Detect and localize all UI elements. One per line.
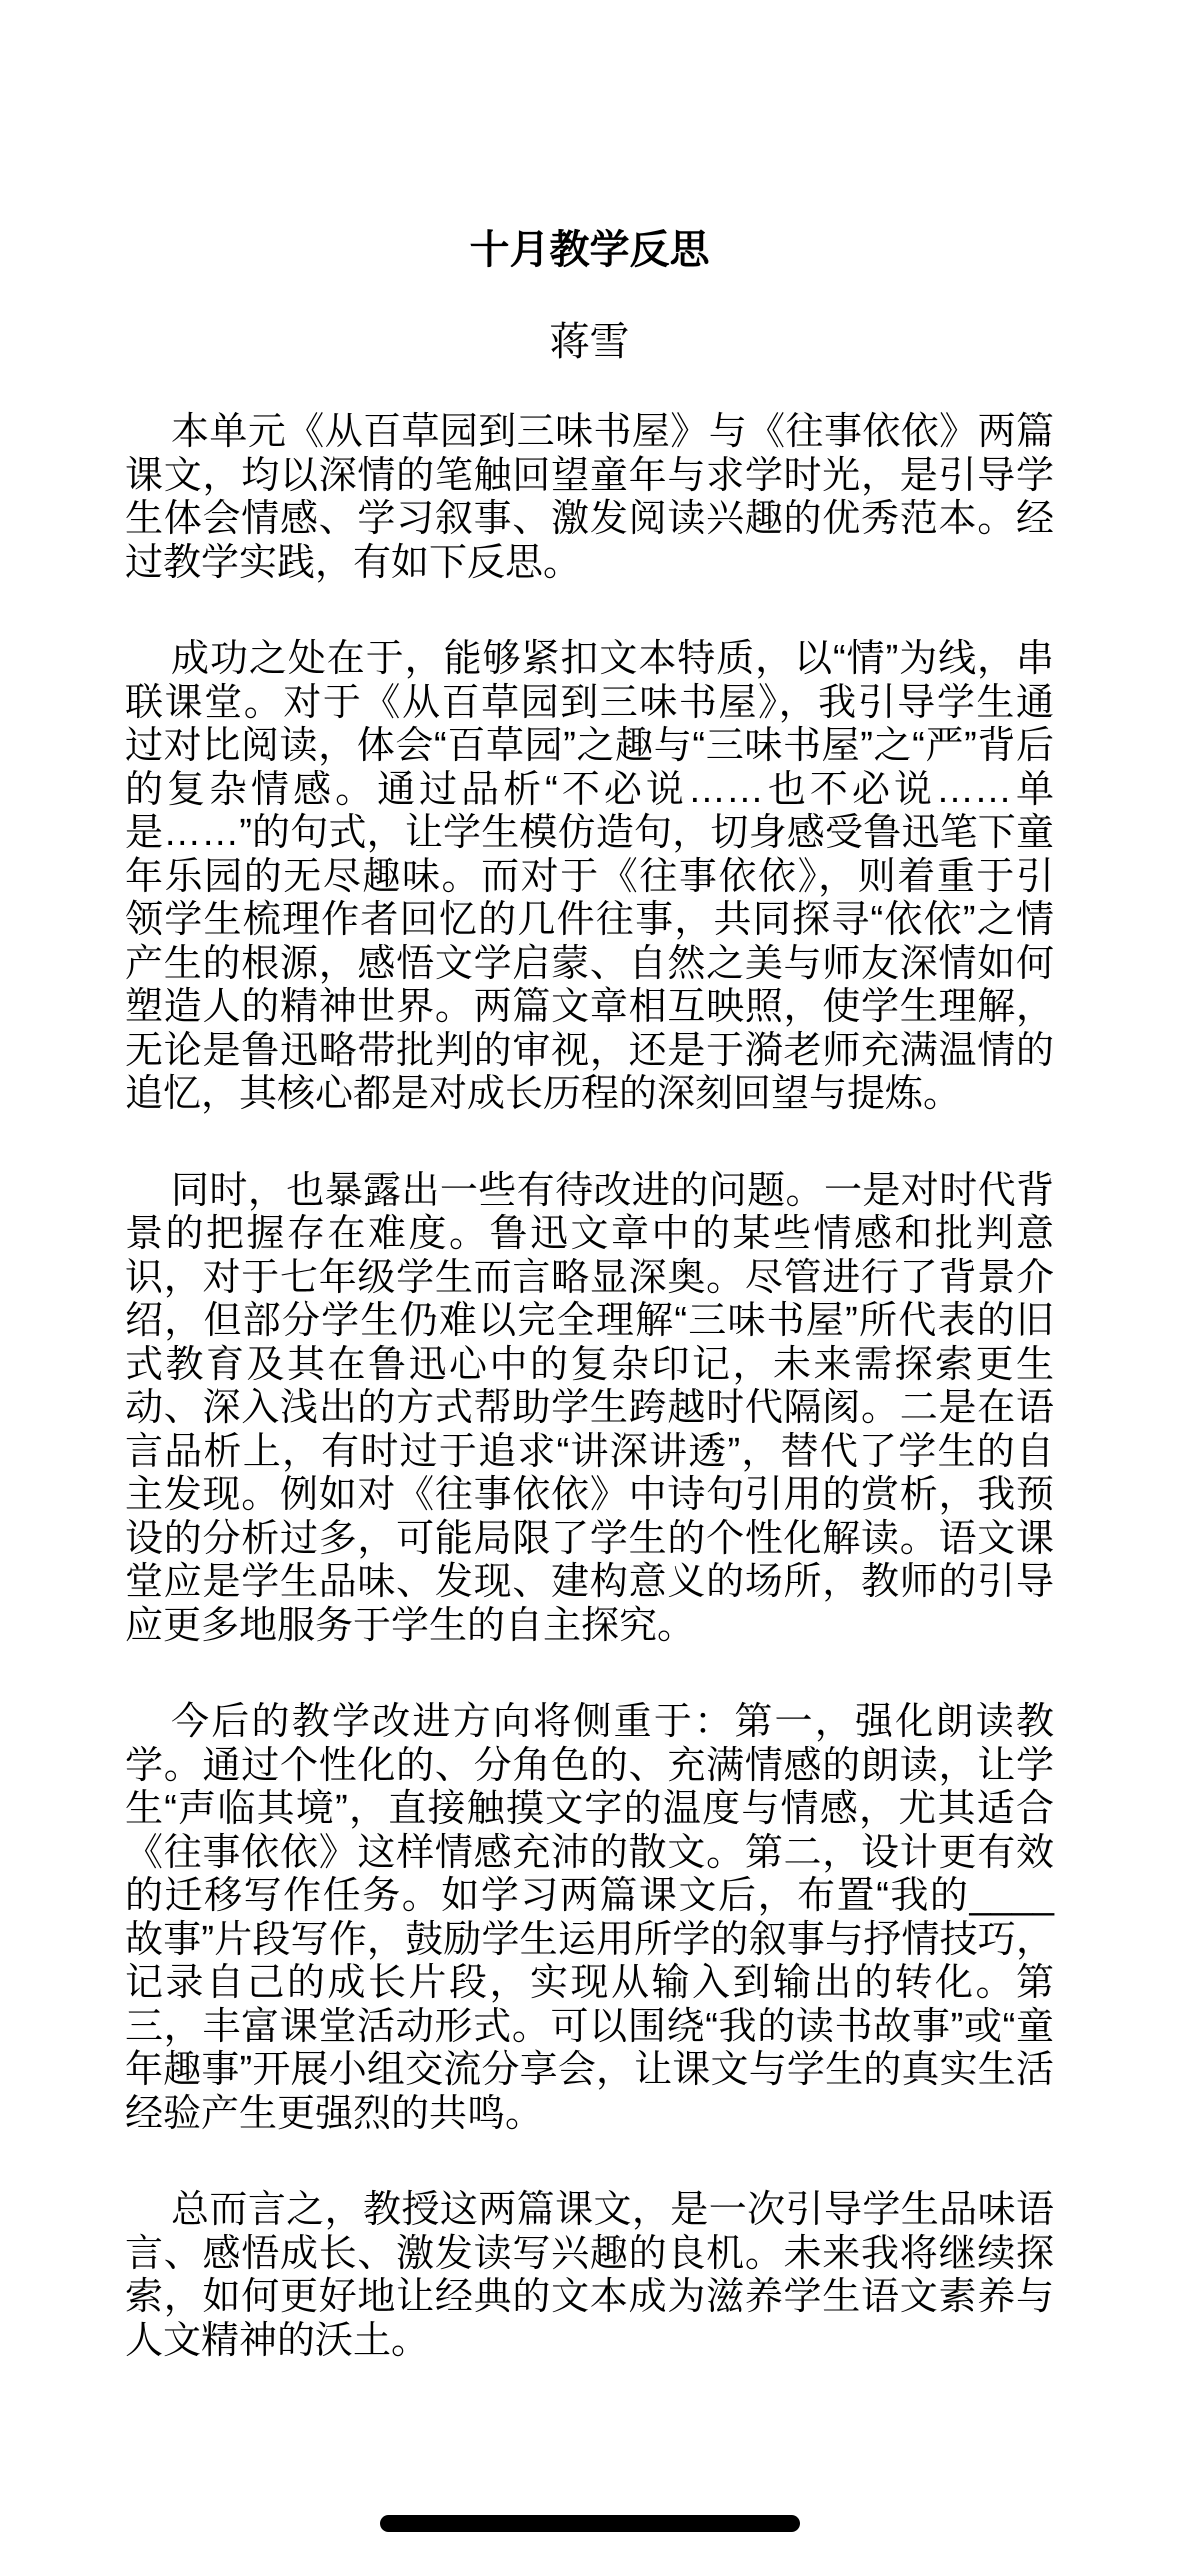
paragraph-conclusion: 总而言之，教授这两篇课文，是一次引导学生品味语言、感悟成长、激发读写兴趣的良机。… [125,2189,1054,2363]
paragraph-successes: 成功之处在于，能够紧扣文本特质，以“情”为线，串联课堂。对于《从百草园到三味书屋… [125,638,1054,1117]
document-title: 十月教学反思 [125,0,1054,273]
document-page: 十月教学反思 蒋雪 本单元《从百草园到三味书屋》与《往事依依》两篇课文，均以深情… [0,0,1179,2556]
home-indicator[interactable] [380,2515,800,2532]
document-body: 十月教学反思 蒋雪 本单元《从百草园到三味书屋》与《往事依依》两篇课文，均以深情… [0,0,1179,2363]
paragraph-intro: 本单元《从百草园到三味书屋》与《往事依依》两篇课文，均以深情的笔触回望童年与求学… [125,411,1054,585]
document-author: 蒋雪 [125,319,1054,365]
paragraph-improvements: 今后的教学改进方向将侧重于：第一，强化朗读教学。通过个性化的、分角色的、充满情感… [125,1701,1054,2136]
paragraph-problems: 同时，也暴露出一些有待改进的问题。一是对时代背景的把握存在难度。鲁迅文章中的某些… [125,1170,1054,1649]
